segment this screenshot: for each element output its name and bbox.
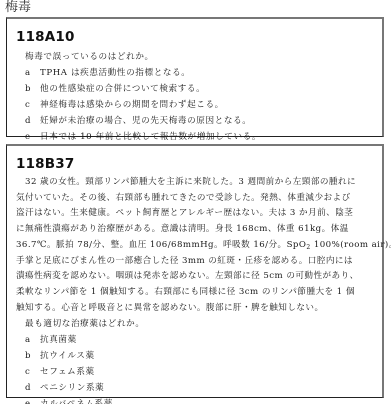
option-text: カルバペネム系薬 (40, 399, 113, 404)
option-text: 抗ウイルス薬 (40, 351, 95, 361)
question-stem: 最も適切な治療薬はどれか。 (25, 316, 145, 332)
option-text: 神経梅毒は感染からの期間を問わず起こる。 (40, 100, 224, 110)
case-line: 気付いていた。その後、右頸部も腫れてきたので受診した。発熱、体重減少および (16, 191, 376, 207)
case-line: 柔軟なリンパ節を 1 個触知する。右頸部にも同様に径 3cm のリンパ節腫大を … (16, 285, 376, 301)
option-letter: e (25, 396, 40, 404)
option-text: ペニシリン系薬 (40, 383, 104, 393)
case-line: 潰瘍性病変を認めない。咽頭は発赤を認めない。左頸部に径 5cm の可動性があり、 (16, 269, 376, 285)
option-letter: b (25, 348, 40, 364)
option-d[interactable]: d妊婦が未治療の場合、児の先天梅毒の原因となる。 (25, 113, 261, 129)
option-c[interactable]: cセフェム系薬 (25, 364, 113, 380)
option-letter: c (25, 97, 40, 113)
option-text: 妊婦が未治療の場合、児の先天梅毒の原因となる。 (40, 116, 251, 126)
options-list: a抗真菌薬 b抗ウイルス薬 cセフェム系薬 dペニシリン系薬 eカルバペネム系薬 (25, 332, 113, 404)
option-letter: a (25, 332, 40, 348)
option-a[interactable]: a抗真菌薬 (25, 332, 113, 348)
option-letter: c (25, 364, 40, 380)
option-e[interactable]: eカルバペネム系薬 (25, 396, 113, 404)
section-title: 梅毒 (5, 0, 31, 16)
question-card-118B37: 118B37 32 歳の女性。頸部リンパ節腫大を主訴に来院した。3 週間前から左… (6, 144, 384, 398)
case-line: 触知する。心音と呼吸音とに異常を認めない。腹部に肝・脾を触知しない。 (16, 301, 376, 317)
case-description: 32 歳の女性。頸部リンパ節腫大を主訴に来院した。3 週間前から左頸部の腫れに … (16, 175, 376, 316)
option-letter: d (25, 113, 40, 129)
option-c[interactable]: c神経梅毒は感染からの期間を問わず起こる。 (25, 97, 261, 113)
option-letter: a (25, 65, 40, 81)
option-text: セフェム系薬 (40, 367, 95, 377)
case-line: 32 歳の女性。頸部リンパ節腫大を主訴に来院した。3 週間前から左頸部の腫れに (16, 175, 376, 191)
option-letter: e (25, 129, 40, 145)
option-text: 抗真菌薬 (40, 335, 77, 345)
option-text: 日本では 10 年前と比較して報告数が増加している。 (40, 132, 261, 142)
question-stem: 梅毒で誤っているのはどれか。 (25, 49, 154, 65)
option-a[interactable]: aTPHA は疾患活動性の指標となる。 (25, 65, 261, 81)
question-id: 118A10 (16, 29, 75, 45)
question-id: 118B37 (16, 156, 74, 172)
option-letter: d (25, 380, 40, 396)
case-line-vitals: 36.7℃。脈拍 78/分、整。血圧 106/68mmHg。呼吸数 16/分。S… (16, 238, 376, 254)
option-letter: b (25, 81, 40, 97)
option-d[interactable]: dペニシリン系薬 (25, 380, 113, 396)
option-text: 他の性感染症の合併について検索する。 (40, 84, 205, 94)
case-line: 盗汗はない。生来健康。ペット飼育歴とアレルギー歴はない。夫は 3 か月前、陰茎 (16, 206, 376, 222)
option-text: TPHA は疾患活動性の指標となる。 (40, 68, 190, 78)
options-list: aTPHA は疾患活動性の指標となる。 b他の性感染症の合併について検索する。 … (25, 65, 261, 145)
option-b[interactable]: b他の性感染症の合併について検索する。 (25, 81, 261, 97)
case-line: に無痛性潰瘍があり治療歴がある。意識は清明。身長 168cm、体重 61kg。体… (16, 222, 376, 238)
option-b[interactable]: b抗ウイルス薬 (25, 348, 113, 364)
option-e[interactable]: e日本では 10 年前と比較して報告数が増加している。 (25, 129, 261, 145)
case-line: 手掌と足底にびまん性の一部癒合した径 3mm の紅斑・丘疹を認める。口腔内には (16, 254, 376, 270)
question-card-118A10: 118A10 梅毒で誤っているのはどれか。 aTPHA は疾患活動性の指標となる… (6, 17, 384, 137)
